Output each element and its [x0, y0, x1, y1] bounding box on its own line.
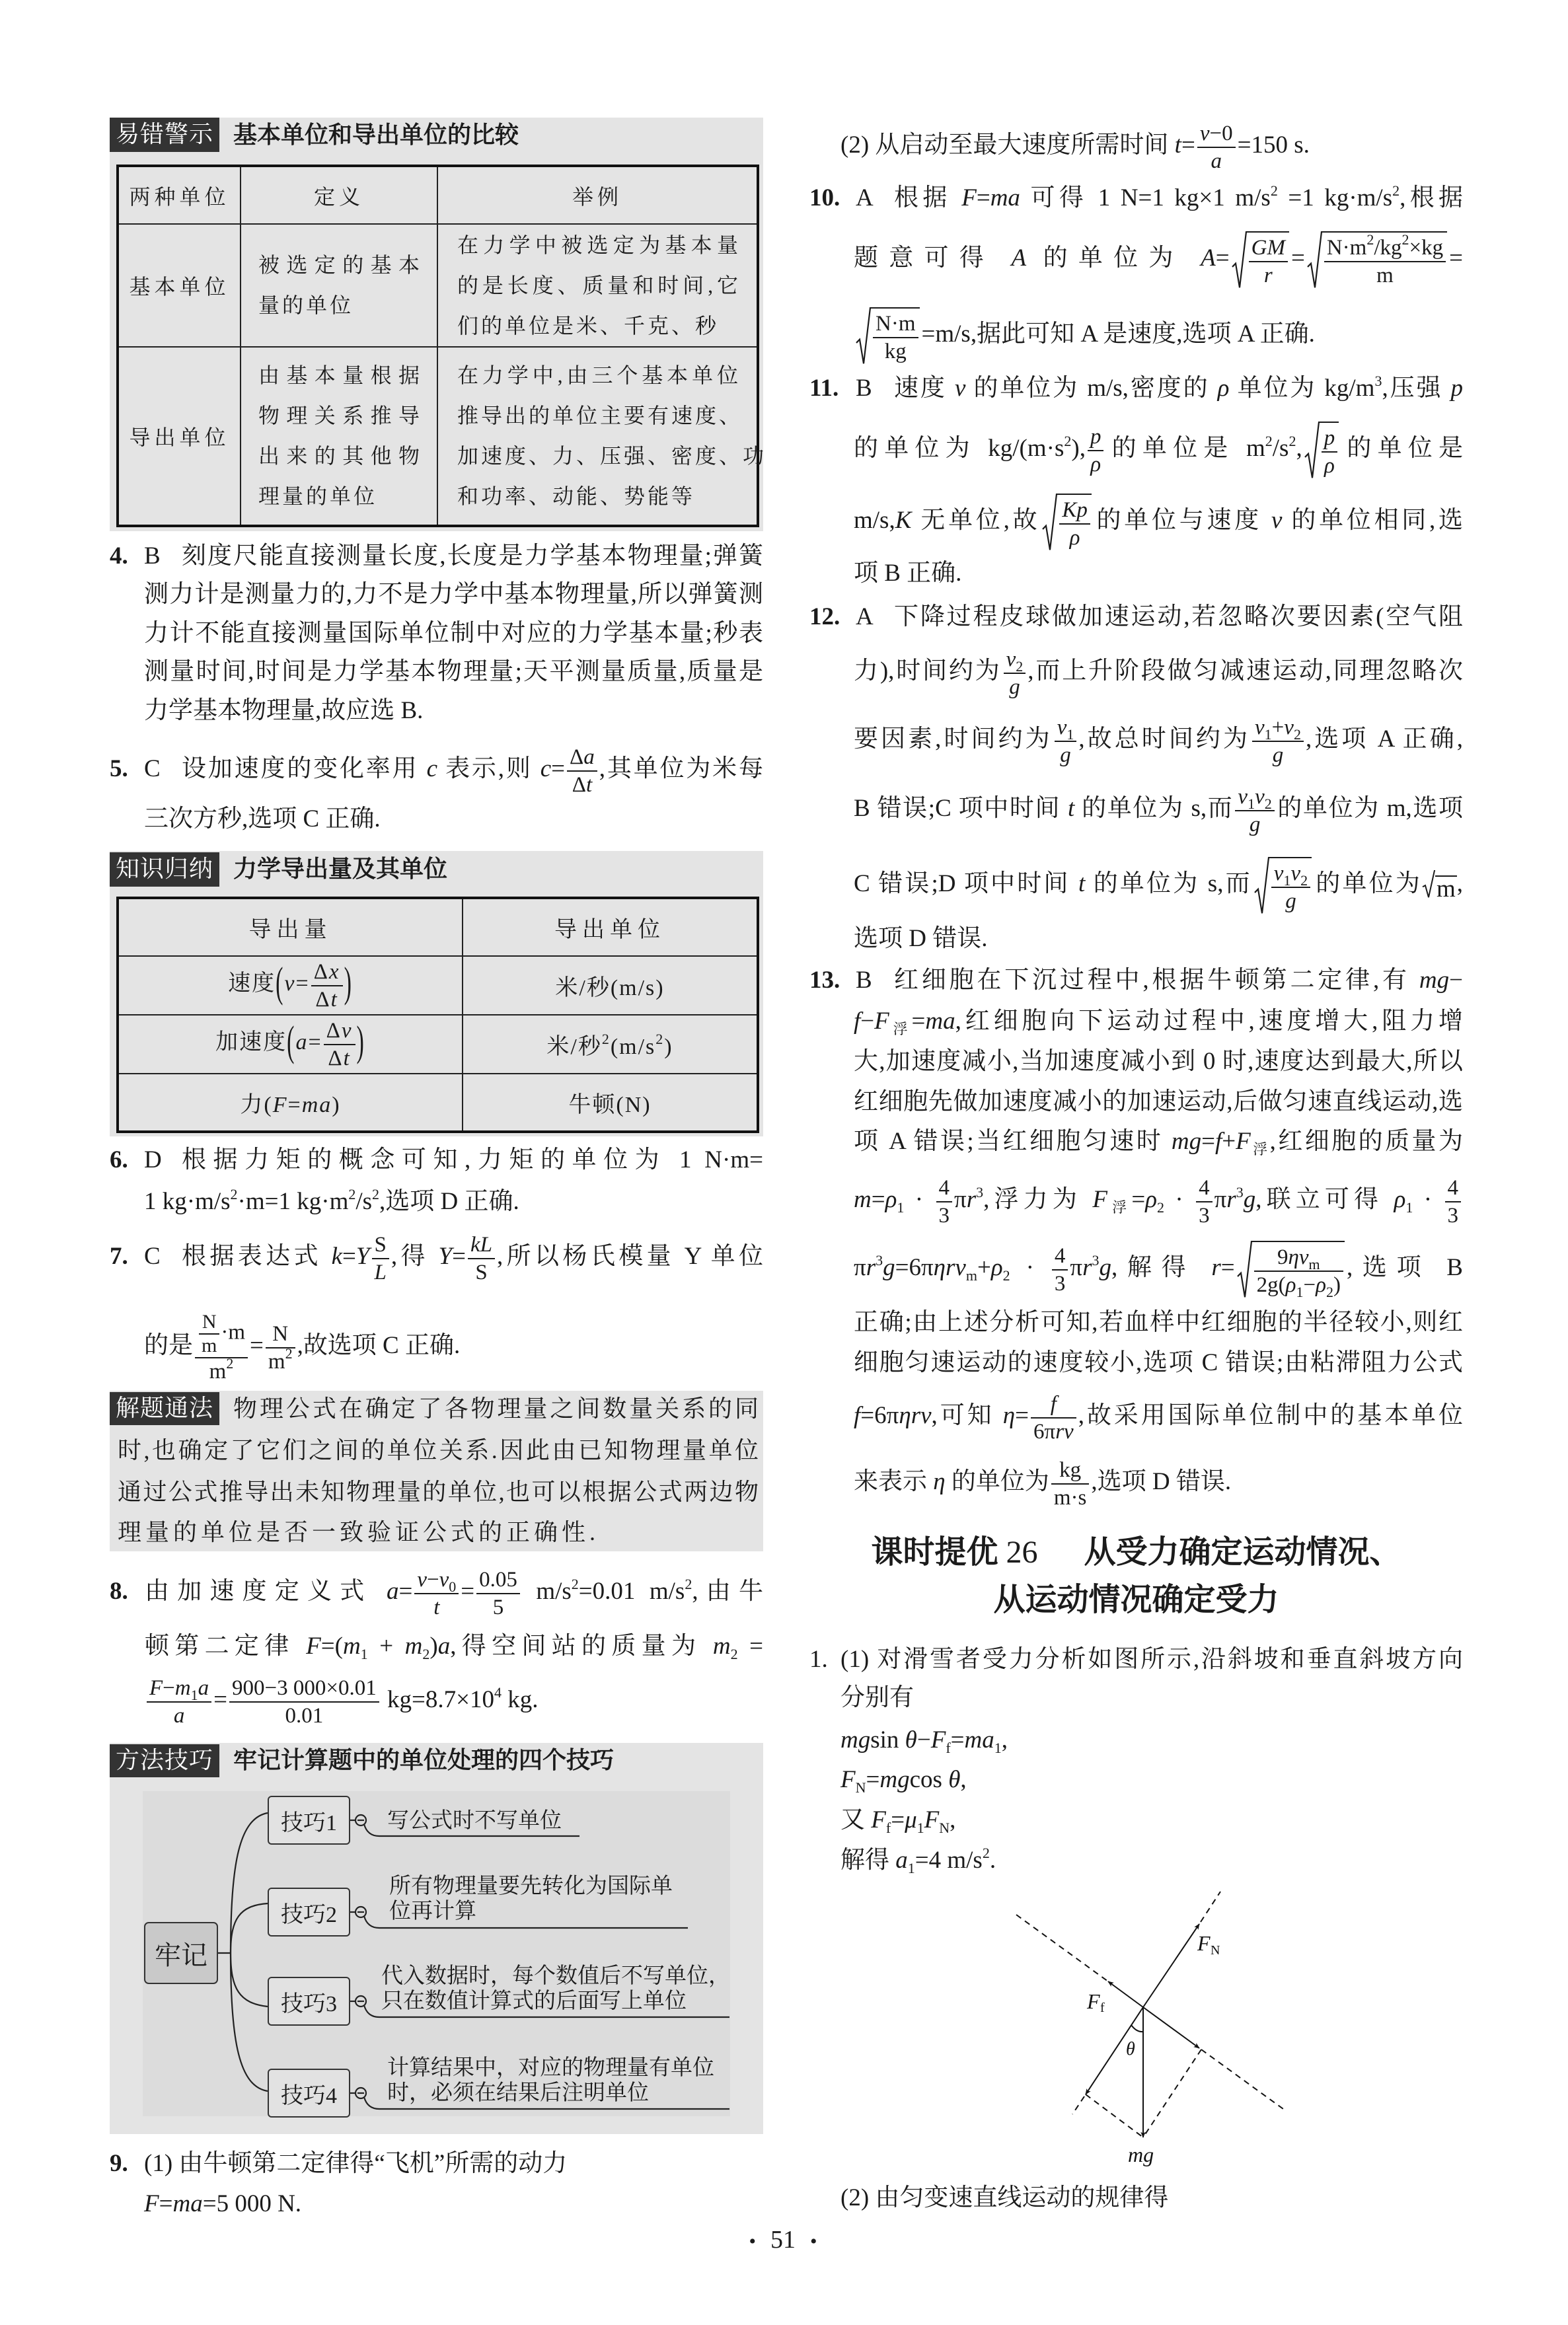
- text-run: Δ: [328, 1047, 343, 1070]
- fraction-denominator: g: [1004, 674, 1026, 700]
- math-variable: F: [924, 1806, 940, 1833]
- subscript: N: [856, 1779, 866, 1796]
- text-run: 题意可得: [854, 244, 1012, 272]
- question-number: 11.: [809, 369, 839, 408]
- answer-line: 的是Nm·mm2=Nm2,故选项 C 正确.: [144, 1327, 460, 1365]
- math-variable: t: [344, 1047, 351, 1070]
- text-run: ,解得: [1111, 1254, 1211, 1281]
- quantity-cell: 速度(v=ΔxΔt): [118, 956, 463, 1015]
- paren: ): [344, 960, 353, 1008]
- fraction-denominator: 3: [1052, 1271, 1068, 1297]
- text-run: Δ: [570, 745, 583, 769]
- math-variable: mg: [1419, 967, 1449, 994]
- mind-map-leaf-text: 计算结果中，对应的物理量有单位时，必须在结果后注明单位: [387, 2055, 714, 2106]
- math-variable: f: [854, 1008, 860, 1035]
- answer-line: N·mkg=m/s,据此可知 A 是速度,选项 A 正确.: [854, 315, 1315, 353]
- slope-line-dashed: [1201, 2049, 1283, 2109]
- text-run: =(: [321, 1633, 343, 1660]
- fraction-numerator: f: [1031, 1391, 1076, 1419]
- column-header: 两种单位: [118, 166, 241, 224]
- fraction: 43: [936, 1175, 953, 1229]
- radical-sign-icon: [1307, 231, 1323, 289]
- text-run: =: [1449, 244, 1463, 272]
- text-run: ,得空间站的质量为: [450, 1633, 713, 1660]
- text-run: m: [268, 1350, 285, 1374]
- text-run: .: [990, 1847, 996, 1874]
- paren: (: [287, 1019, 295, 1066]
- panel-text-line: 物理公式在确定了各物理量之间数量关系的同: [233, 1389, 759, 1428]
- math-variable: v: [1255, 785, 1265, 809]
- math-variable: c: [541, 755, 551, 782]
- text-run: 可得 1 N=1 kg×1 m/s: [1020, 184, 1271, 211]
- text-run: −0: [1209, 122, 1232, 145]
- math-variable: v: [417, 1568, 427, 1592]
- math-variable: ma: [302, 1093, 332, 1117]
- question-number: 9.: [110, 2145, 128, 2183]
- fraction-denominator: r: [1249, 262, 1288, 289]
- math-variable: F: [840, 1766, 856, 1793]
- superscript: 2: [285, 1345, 293, 1362]
- answer-line: 细胞匀速运动的速度较小,选项 C 错误;由粘滞阻力公式: [854, 1344, 1463, 1382]
- text-run: Δ: [326, 1019, 342, 1043]
- math-variable: m: [175, 1676, 191, 1700]
- fraction: F−m1aa: [147, 1675, 211, 1729]
- fraction: N·m2/kg2×kgm: [1324, 235, 1446, 289]
- equation-line: 解得 a1=4 m/s2.: [840, 1841, 996, 1880]
- subscript: 2: [1157, 1199, 1164, 1216]
- text-run: +: [368, 1633, 405, 1660]
- math-variable: t: [1175, 131, 1181, 159]
- text-run: ,压强: [1382, 375, 1450, 402]
- answer-line: 的单位为 kg/(m·s2),pρ的单位是 m2/s2,pρ的单位是: [854, 429, 1463, 468]
- radicand: N·mkg: [872, 307, 920, 365]
- text-run: ,故选项 C 正确.: [297, 1332, 461, 1359]
- unit-comparison-table: 两种单位 定义 举例 基本单位 被选定的基本 量的单位 在力学中被选定为基本量 …: [116, 165, 759, 527]
- text-run: ,: [950, 1806, 955, 1833]
- text-run: 的单位为 s,而: [1074, 795, 1233, 822]
- gravity-parallel-component-arrow: [1143, 2007, 1199, 2048]
- derived-quantities-table: 导出量 导出单位 速度(v=ΔxΔt) 米/秒(m/s) 加速度(a=ΔvΔt)…: [116, 897, 759, 1133]
- text-run: =: [288, 1093, 302, 1117]
- fraction: pρ: [1088, 424, 1104, 478]
- subscript: 1: [191, 1687, 198, 1703]
- answer-choice: C: [144, 1237, 161, 1276]
- math-variable: F: [144, 2190, 159, 2217]
- math-variable: v: [1255, 716, 1265, 739]
- fraction-numerator: 4: [1445, 1175, 1462, 1202]
- answer-choice: B: [856, 961, 872, 1000]
- text-run: 的单位为 kg/(m·s: [854, 435, 1064, 462]
- math-variable: ma: [990, 184, 1020, 211]
- table-row: 基本单位 被选定的基本 量的单位 在力学中被选定为基本量 的是长度、质量和时间,…: [118, 224, 758, 347]
- text-run: ,可知: [932, 1402, 1003, 1429]
- text-run: /s: [355, 1188, 372, 1215]
- radicand: GMr: [1248, 231, 1289, 289]
- superscript: 2: [1265, 433, 1273, 449]
- angle-arc: [1131, 2025, 1143, 2032]
- math-variable: F: [874, 1008, 889, 1035]
- answer-choice: B: [144, 537, 161, 575]
- text-run: −: [427, 1568, 439, 1592]
- text-run: ,而上升阶段做匀减速运动,同理忽略次: [1027, 657, 1463, 684]
- fraction: Kpρ: [1059, 497, 1090, 551]
- panel-title: 牢记计算题中的单位处理的四个技巧: [233, 1744, 614, 1778]
- answer-line: 测量时间,时间是力学基本物理量;天平测量质量,质量是: [144, 653, 763, 691]
- example-cell: 在力学中,由三个基本单位 推导出的单位主要有速度、 加速度、力、压强、密度、功 …: [437, 347, 758, 526]
- subscript: 2: [422, 1646, 429, 1662]
- question-number: 8.: [110, 1572, 128, 1611]
- square-root: m: [1422, 870, 1457, 898]
- subscript: 1: [1066, 726, 1074, 743]
- text-run: 米/秒: [546, 1035, 601, 1059]
- superscript: 3: [876, 1252, 883, 1269]
- text-run: /kg: [1374, 236, 1401, 260]
- friction-label: F: [1086, 1989, 1100, 2013]
- unit-cell: 米/秒2(m/s2): [463, 1015, 758, 1074]
- fraction-denominator: Δt: [311, 986, 343, 1013]
- radical-sign-icon: [1232, 231, 1248, 289]
- text-run: 由加速度定义式: [145, 1578, 387, 1605]
- text-run: =: [1291, 244, 1305, 272]
- fraction: 9ηvm2g(ρ1−ρ2): [1254, 1244, 1343, 1298]
- text-run: ,根据: [1400, 184, 1463, 211]
- text-run: 力),时间约为: [854, 657, 1002, 684]
- fraction-numerator: Δa: [567, 744, 597, 772]
- math-variable: v: [342, 1019, 353, 1043]
- fraction-denominator: 0.01: [229, 1703, 379, 1729]
- answer-choice: A: [856, 598, 874, 636]
- answer-line: 下降过程皮球做加速运动,若忽略次要因素(空气阻: [894, 598, 1463, 636]
- answer-line: (1) 由牛顿第二定律得“飞机”所需的动力: [144, 2145, 567, 2183]
- fraction-denominator: kg: [873, 338, 918, 365]
- fraction-numerator: 900−3 000×0.01: [229, 1675, 379, 1703]
- text-run: =: [912, 1008, 926, 1035]
- text-run: ,红细胞向下运动过程中,速度增大,阻力增: [955, 1008, 1463, 1035]
- answer-choice: D: [144, 1141, 162, 1179]
- answer-line: f−F浮=ma,红细胞向下运动过程中,速度增大,阻力增: [854, 1002, 1463, 1041]
- text-run: N·m: [1327, 236, 1367, 260]
- question-number: 10.: [809, 179, 840, 217]
- math-variable: F: [871, 1806, 886, 1833]
- subscript: m: [966, 1267, 977, 1284]
- text-run: =: [452, 1243, 466, 1270]
- math-variable: t: [1068, 795, 1074, 822]
- math-variable: ma: [172, 2190, 202, 2217]
- slope-line-dashed: [1016, 1915, 1108, 1981]
- text-run: 的单位相同,选: [1282, 507, 1463, 534]
- fraction-numerator: 4: [936, 1175, 953, 1202]
- fraction-denominator: g: [1252, 742, 1304, 768]
- text-run: 的单位为: [946, 1468, 1049, 1495]
- answer-line: 正确;由上述分析可知,若血样中红细胞的半径较小,则红: [854, 1304, 1463, 1342]
- text-run: =: [551, 755, 565, 782]
- math-variable: a: [387, 1578, 399, 1605]
- column-header: 举例: [437, 166, 758, 224]
- math-variable: v: [1006, 647, 1016, 671]
- fraction-denominator: 2g(ρ1−ρ2): [1254, 1272, 1343, 1298]
- fraction: 0.055: [476, 1567, 520, 1621]
- cell-line: 推导出的单位主要有速度、: [457, 396, 741, 436]
- text-run: =: [342, 1243, 356, 1270]
- mind-map-node-tip3: 技巧3: [268, 1977, 350, 2026]
- text-run: =: [738, 1633, 763, 1660]
- math-variable: g: [1099, 1254, 1111, 1281]
- text-run: −: [860, 1008, 874, 1035]
- cell-line: 由基本量根据: [258, 355, 422, 396]
- math-variable: p: [1451, 375, 1464, 402]
- math-variable: F: [931, 1726, 946, 1753]
- math-variable: μ: [905, 1806, 917, 1833]
- subscript: 浮: [1251, 1141, 1270, 1158]
- text-run: ,故总时间约为: [1078, 725, 1250, 753]
- math-variable: Y: [356, 1243, 370, 1270]
- text-run: ,联立可得: [1255, 1186, 1394, 1213]
- text-run: 位再计算: [389, 1899, 673, 1924]
- fraction: v1+v2g: [1252, 714, 1304, 768]
- radicand: m: [1435, 875, 1457, 902]
- text-run: −: [163, 1676, 175, 1700]
- text-run: 根据表达式: [182, 1243, 332, 1270]
- text-run: =: [159, 2190, 173, 2217]
- text-run: −: [1303, 1273, 1316, 1297]
- text-run: cos: [910, 1766, 949, 1793]
- fraction-denominator: m: [1324, 262, 1446, 289]
- answer-line: πr3g=6πηrvm+ρ2 · 43πr3g,解得 r=9ηvm2g(ρ1−ρ…: [854, 1249, 1463, 1287]
- page-number-dot: •: [749, 2231, 756, 2252]
- gravity-label: mg: [1128, 2143, 1154, 2166]
- fraction: v2g: [1004, 646, 1026, 700]
- text-run: 的单位是: [1341, 435, 1463, 462]
- cell-line: 和功率、动能、势能等: [457, 476, 741, 517]
- radical-sign-icon: [856, 307, 872, 365]
- text-run: =: [891, 1806, 905, 1833]
- radicand: N·m2/kg2×kgm: [1323, 231, 1447, 289]
- text-run: =6π: [860, 1402, 899, 1429]
- radicand: v1v2g: [1270, 857, 1312, 914]
- fraction-denominator: 6πrv: [1031, 1419, 1076, 1445]
- answer-line: (1) 对滑雪者受力分析如图所示,沿斜坡和垂直斜坡方向: [840, 1641, 1463, 1679]
- math-variable: F: [273, 1093, 288, 1117]
- fraction-numerator: v2: [1004, 646, 1026, 674]
- math-variable: c: [427, 755, 437, 782]
- text-run: ),: [1071, 435, 1086, 462]
- cell-line: 在力学中,由三个基本单位: [457, 355, 741, 396]
- answer-line: f=6πηrv,可知 η=f6πrv,故采用国际单位制中的基本单位: [854, 1397, 1463, 1435]
- friction-arrow: [1108, 1981, 1143, 2007]
- answer-choice: C: [144, 750, 161, 788]
- question-number: 5.: [110, 750, 128, 788]
- text-run: 项 A 错误;当红细胞匀速时: [854, 1128, 1172, 1155]
- text-run: ,选项 A 正确,: [1306, 725, 1463, 753]
- answer-line: 题意可得 A 的单位为 A=GMr=N·m2/kg2×kgm=: [854, 239, 1463, 277]
- text-run: kg=8.7×10: [381, 1686, 494, 1713]
- answer-line: 根据表达式 k=YSL,得 Y=kLS,所以杨氏模量 Y 单位: [182, 1237, 763, 1276]
- text-run: =1 kg·m/s: [1278, 184, 1392, 211]
- math-variable: m: [713, 1633, 731, 1660]
- question-number: 13.: [809, 961, 840, 1000]
- text-run: Δ: [572, 773, 586, 797]
- math-variable: ma: [965, 1726, 994, 1753]
- text-run: (m/s: [611, 1035, 655, 1059]
- square-root: 9ηvm2g(ρ1−ρ2): [1237, 1241, 1345, 1298]
- table-row: 导出单位 由基本量根据 物理关系推导 出来的其他物 理量的单位 在力学中,由三个…: [118, 347, 758, 526]
- answer-line: C 错误;D 项中时间 t 的单位为 s,而v1v2g的单位为m,: [854, 865, 1463, 903]
- question-number: 1.: [809, 1641, 828, 1679]
- column-header: 定义: [241, 166, 437, 224]
- text-run: 表示,则: [437, 755, 541, 782]
- radicand: Kpρ: [1058, 494, 1092, 551]
- subscript: 1: [1405, 1199, 1413, 1216]
- math-variable: x: [329, 960, 340, 984]
- text-run: m/s: [522, 1578, 572, 1605]
- fraction-numerator: 9ηvm: [1254, 1244, 1343, 1272]
- math-variable: mg: [879, 1766, 909, 1793]
- superscript: 3: [1092, 1252, 1099, 1269]
- text-run: 的单位为: [1026, 244, 1201, 272]
- fraction-denominator: ρ: [1322, 453, 1338, 479]
- superscript: 2: [685, 1576, 692, 1592]
- math-variable: ρ: [991, 1254, 1003, 1281]
- fraction-denominator: 3: [1196, 1202, 1213, 1229]
- text-run: =: [951, 1726, 965, 1753]
- text-run: =: [977, 184, 990, 211]
- math-variable: r: [967, 1186, 976, 1213]
- fraction-numerator: v1: [1055, 714, 1077, 742]
- answer-line: F=ma=5 000 N.: [144, 2185, 301, 2223]
- math-variable: mg: [1172, 1128, 1201, 1155]
- fraction: kgm·s: [1051, 1457, 1090, 1511]
- math-variable: v: [1290, 862, 1300, 885]
- text-run: 加速度: [215, 1030, 287, 1054]
- text-run: sin: [870, 1726, 905, 1753]
- unit-type-cell: 基本单位: [118, 224, 241, 347]
- text-run: =: [1221, 1254, 1235, 1281]
- fraction: 43: [1052, 1243, 1068, 1297]
- answer-choice: A: [856, 179, 874, 217]
- text-run: 设加速度的变化率用: [182, 755, 427, 782]
- answer-line: 大,加速度减小,当加速度减小到 0 时,速度达到最大,所以: [854, 1043, 1463, 1081]
- fraction-numerator: Δx: [311, 959, 343, 986]
- text-run: m/s,: [854, 507, 895, 534]
- text-run: +: [1272, 716, 1285, 739]
- math-variable: η: [933, 1468, 945, 1495]
- fraction-numerator: v1v2: [1235, 784, 1274, 811]
- text-run: 的单位为 m,选项: [1277, 795, 1463, 822]
- math-variable: v: [1284, 716, 1294, 739]
- text-run: ,所以杨氏模量 Y 单位: [497, 1243, 763, 1270]
- math-variable: ρ: [1394, 1186, 1406, 1213]
- text-run: ·: [1010, 1254, 1050, 1281]
- text-run: +: [977, 1254, 991, 1281]
- math-variable: ηv: [1288, 1245, 1308, 1269]
- text-run: B 错误;C 项中时间: [854, 795, 1068, 822]
- math-variable: v: [284, 971, 295, 996]
- text-run: π: [1070, 1254, 1082, 1281]
- fraction-numerator: GM: [1249, 235, 1288, 262]
- fraction-numerator: v−v0: [414, 1567, 459, 1594]
- fraction: kLS: [468, 1232, 495, 1286]
- fraction: SL: [372, 1232, 389, 1286]
- answer-choice: B: [856, 369, 872, 408]
- subscript: 浮: [1107, 1199, 1131, 1216]
- answer-line: (2) 从启动至最大速度所需时间 t=v−0a=150 s.: [840, 126, 1310, 165]
- fraction-numerator: p: [1088, 424, 1104, 451]
- square-root: pρ: [1304, 422, 1339, 479]
- math-variable: m: [405, 1633, 423, 1660]
- math-variable: a: [583, 745, 595, 769]
- subscript: f: [946, 1740, 950, 1756]
- superscript: 2: [1402, 231, 1409, 248]
- panel-title: 力学导出量及其单位: [233, 852, 447, 887]
- text-run: 的是: [144, 1332, 193, 1359]
- superscript: 2: [655, 1031, 664, 1047]
- text-run: 红细胞在下沉过程中,根据牛顿第二定律,有: [894, 967, 1419, 994]
- math-variable: θ: [905, 1726, 917, 1753]
- fraction-denominator: S: [468, 1259, 495, 1286]
- text-run: ,: [960, 1766, 966, 1793]
- text-run: =: [250, 1332, 264, 1359]
- text-run: 写公式时不写单位: [387, 1808, 562, 1833]
- fraction-numerator: v1+v2: [1252, 714, 1304, 742]
- radical-sign-icon: [1422, 870, 1435, 898]
- math-variable: v: [1238, 785, 1248, 809]
- fraction: f6πrv: [1031, 1391, 1076, 1445]
- text-run: +: [1222, 1128, 1236, 1155]
- paren: ): [357, 1019, 365, 1066]
- math-variable: a: [295, 1030, 308, 1054]
- answer-line: 刻度尺能直接测量长度,长度是力学基本物理量;弹簧: [182, 537, 763, 575]
- text-run: ,其单位为米每: [599, 755, 763, 782]
- mind-map-leaf-text: 写公式时不写单位: [387, 1808, 562, 1833]
- text-run: 又: [840, 1806, 871, 1833]
- answer-line: 红细胞先做加速度减小的加速运动,后做匀速直线运动,选: [854, 1083, 1463, 1121]
- subscript: 2: [1016, 658, 1023, 675]
- fraction-denominator: g: [1235, 811, 1274, 838]
- friction-subscript: f: [1100, 2001, 1105, 2015]
- subscript: m: [1308, 1256, 1320, 1273]
- answer-line: 根据 F=ma 可得 1 N=1 kg×1 m/s2 =1 kg·m/s2,根据: [894, 179, 1463, 217]
- text-run: Δ: [314, 960, 329, 984]
- text-run: −: [1449, 967, 1463, 994]
- fraction-numerator: 0.05: [476, 1567, 520, 1594]
- text-run: 时，必须在结果后注明单位: [387, 2081, 714, 2106]
- answer-line: 分别有: [840, 1679, 914, 1717]
- math-variable: ρ: [1286, 1273, 1296, 1297]
- text-run: kg.: [502, 1686, 539, 1713]
- text-run: 所有物理量要先转化为国际单: [389, 1874, 673, 1899]
- lesson-number: 26: [1006, 1535, 1038, 1570]
- text-run: =: [872, 1186, 885, 1213]
- math-variable: F: [1236, 1128, 1251, 1155]
- text-run: =: [1216, 244, 1230, 272]
- lesson-title-line2: 从运动情况确定受力: [993, 1581, 1279, 1618]
- fraction-denominator: Δt: [324, 1045, 355, 1072]
- subscript: 1: [1248, 795, 1255, 812]
- text-run: =: [213, 1686, 227, 1713]
- panel-text-line: 通过公式推导出未知物理量的单位,也可以根据公式两边物: [118, 1473, 759, 1511]
- subscript: 2: [1265, 795, 1272, 812]
- fraction-numerator: Nm·m: [195, 1311, 248, 1358]
- answer-line: 力计不能直接测量国际单位制中对应的力学基本量;秒表: [144, 614, 763, 653]
- radicand: pρ: [1320, 422, 1339, 479]
- mind-map-leaf-text: 代入数据时，每个数值后不写单位，只在数值计算式的后面写上单位: [381, 1964, 730, 2014]
- normal-force-arrow: [1143, 1924, 1199, 2007]
- math-variable: t: [586, 773, 592, 797]
- text-run: 的单位为 m/s,密度的: [965, 375, 1217, 402]
- superscript: 2: [602, 1031, 611, 1047]
- definition-cell: 由基本量根据 物理关系推导 出来的其他物 理量的单位: [241, 347, 437, 526]
- fraction: v−v0t: [414, 1567, 459, 1621]
